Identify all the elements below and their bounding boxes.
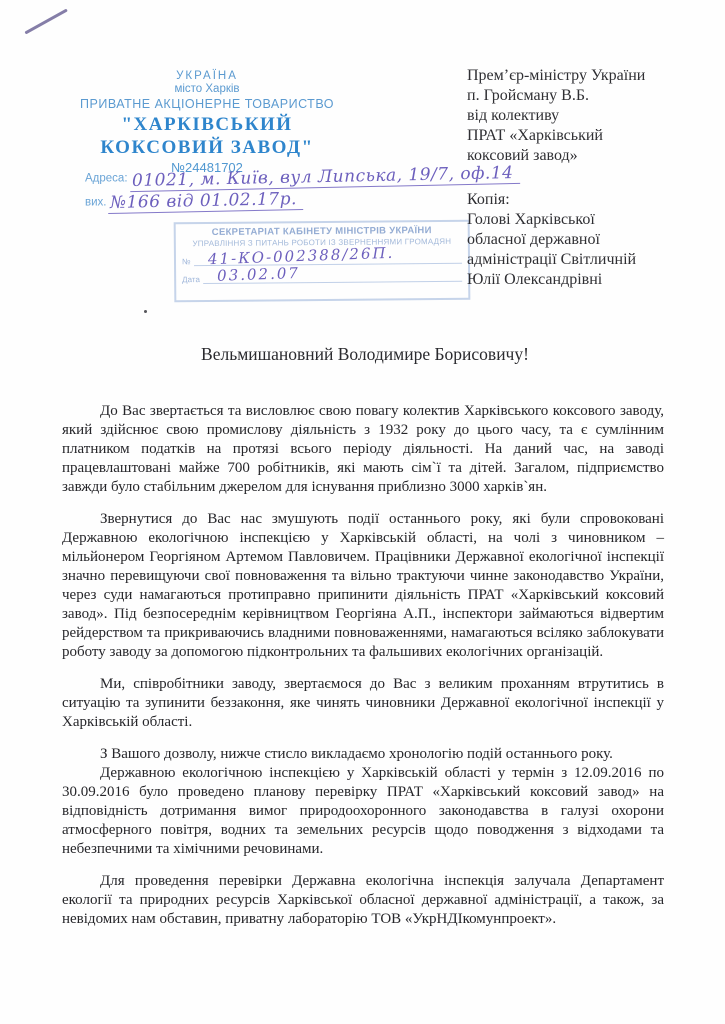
- company-name-line2: КОКСОВИЙ ЗАВОД": [57, 138, 357, 157]
- stamp-number-label: №: [182, 257, 191, 266]
- salutation: Вельмишановний Володимире Борисовичу!: [60, 344, 670, 365]
- outgoing-ref-line: вих.№166 від 01.02.17р.: [85, 191, 465, 212]
- stamp-date-row: Дата 03.02.07: [182, 266, 462, 284]
- company-name-line1: "ХАРКІВСЬКИЙ: [57, 115, 357, 134]
- paragraph: Ми, співробітники заводу, звертаємося до…: [62, 675, 664, 732]
- recipient-line: коксовий завод»: [467, 146, 722, 166]
- paragraph: З Вашого дозволу, нижче стисло викладаєм…: [62, 745, 664, 764]
- paragraph: Державною екологічною інспекцією у Харкі…: [62, 764, 664, 859]
- address-value-handwritten: 01021, м. Київ, вул Липська, 19/7, оф.14: [129, 163, 519, 192]
- copy-line: адміністрації Світличній: [467, 250, 722, 270]
- copy-line: Голові Харківської: [467, 210, 722, 230]
- stamp-date-value-handwritten: 03.02.07: [203, 266, 300, 283]
- recipient-line: п. Гройсману В.Б.: [467, 86, 722, 106]
- recipient-line: ПРАТ «Харківський: [467, 126, 722, 146]
- address-ref-block: Адреса:01021, м. Київ, вул Липська, 19/7…: [85, 167, 465, 212]
- letter-body: До Вас звертається та висловлює свою пов…: [62, 402, 664, 942]
- copy-label: Копія:: [467, 190, 722, 210]
- letterhead-city: місто Харків: [57, 83, 357, 95]
- stamp-date-line: 03.02.07: [203, 266, 462, 284]
- pen-slash-mark: [24, 9, 67, 34]
- company-letterhead: УКРАЇНА місто Харків ПРИВАТНЕ АКЦІОНЕРНЕ…: [57, 70, 357, 175]
- outgoing-ref-value-handwritten: №166 від 01.02.17р.: [108, 189, 303, 214]
- recipient-block: Прем’єр-міністру України п. Гройсману В.…: [467, 66, 722, 166]
- scanned-letter-page: УКРАЇНА місто Харків ПРИВАТНЕ АКЦІОНЕРНЕ…: [0, 0, 725, 1024]
- copy-line: Юлії Олександрівні: [467, 270, 722, 290]
- copy-line: обласної державної: [467, 230, 722, 250]
- paragraph: До Вас звертається та висловлює свою пов…: [62, 402, 664, 497]
- paragraph: Для проведення перевірки Державна еколог…: [62, 872, 664, 929]
- recipient-line: від колективу: [467, 106, 722, 126]
- ink-dot: [144, 310, 147, 313]
- registration-stamp: СЕКРЕТАРІАТ КАБІНЕТУ МІНІСТРІВ УКРАЇНИ У…: [174, 220, 471, 303]
- letterhead-org-type: ПРИВАТНЕ АКЦІОНЕРНЕ ТОВАРИСТВО: [57, 97, 357, 111]
- paragraph: Звернутися до Вас нас змушують події ост…: [62, 510, 664, 662]
- stamp-number-row: № 41-КО-002388/26П.: [182, 248, 462, 266]
- stamp-date-label: Дата: [182, 275, 200, 284]
- address-line: Адреса:01021, м. Київ, вул Липська, 19/7…: [85, 167, 465, 188]
- stamp-number-line: 41-КО-002388/26П.: [193, 248, 462, 266]
- outgoing-ref-label: вих.: [85, 196, 106, 208]
- letterhead-country: УКРАЇНА: [57, 70, 357, 82]
- recipient-line: Прем’єр-міністру України: [467, 66, 722, 86]
- copy-recipient-block: Копія: Голові Харківської обласної держа…: [467, 190, 722, 290]
- address-label: Адреса:: [85, 172, 128, 184]
